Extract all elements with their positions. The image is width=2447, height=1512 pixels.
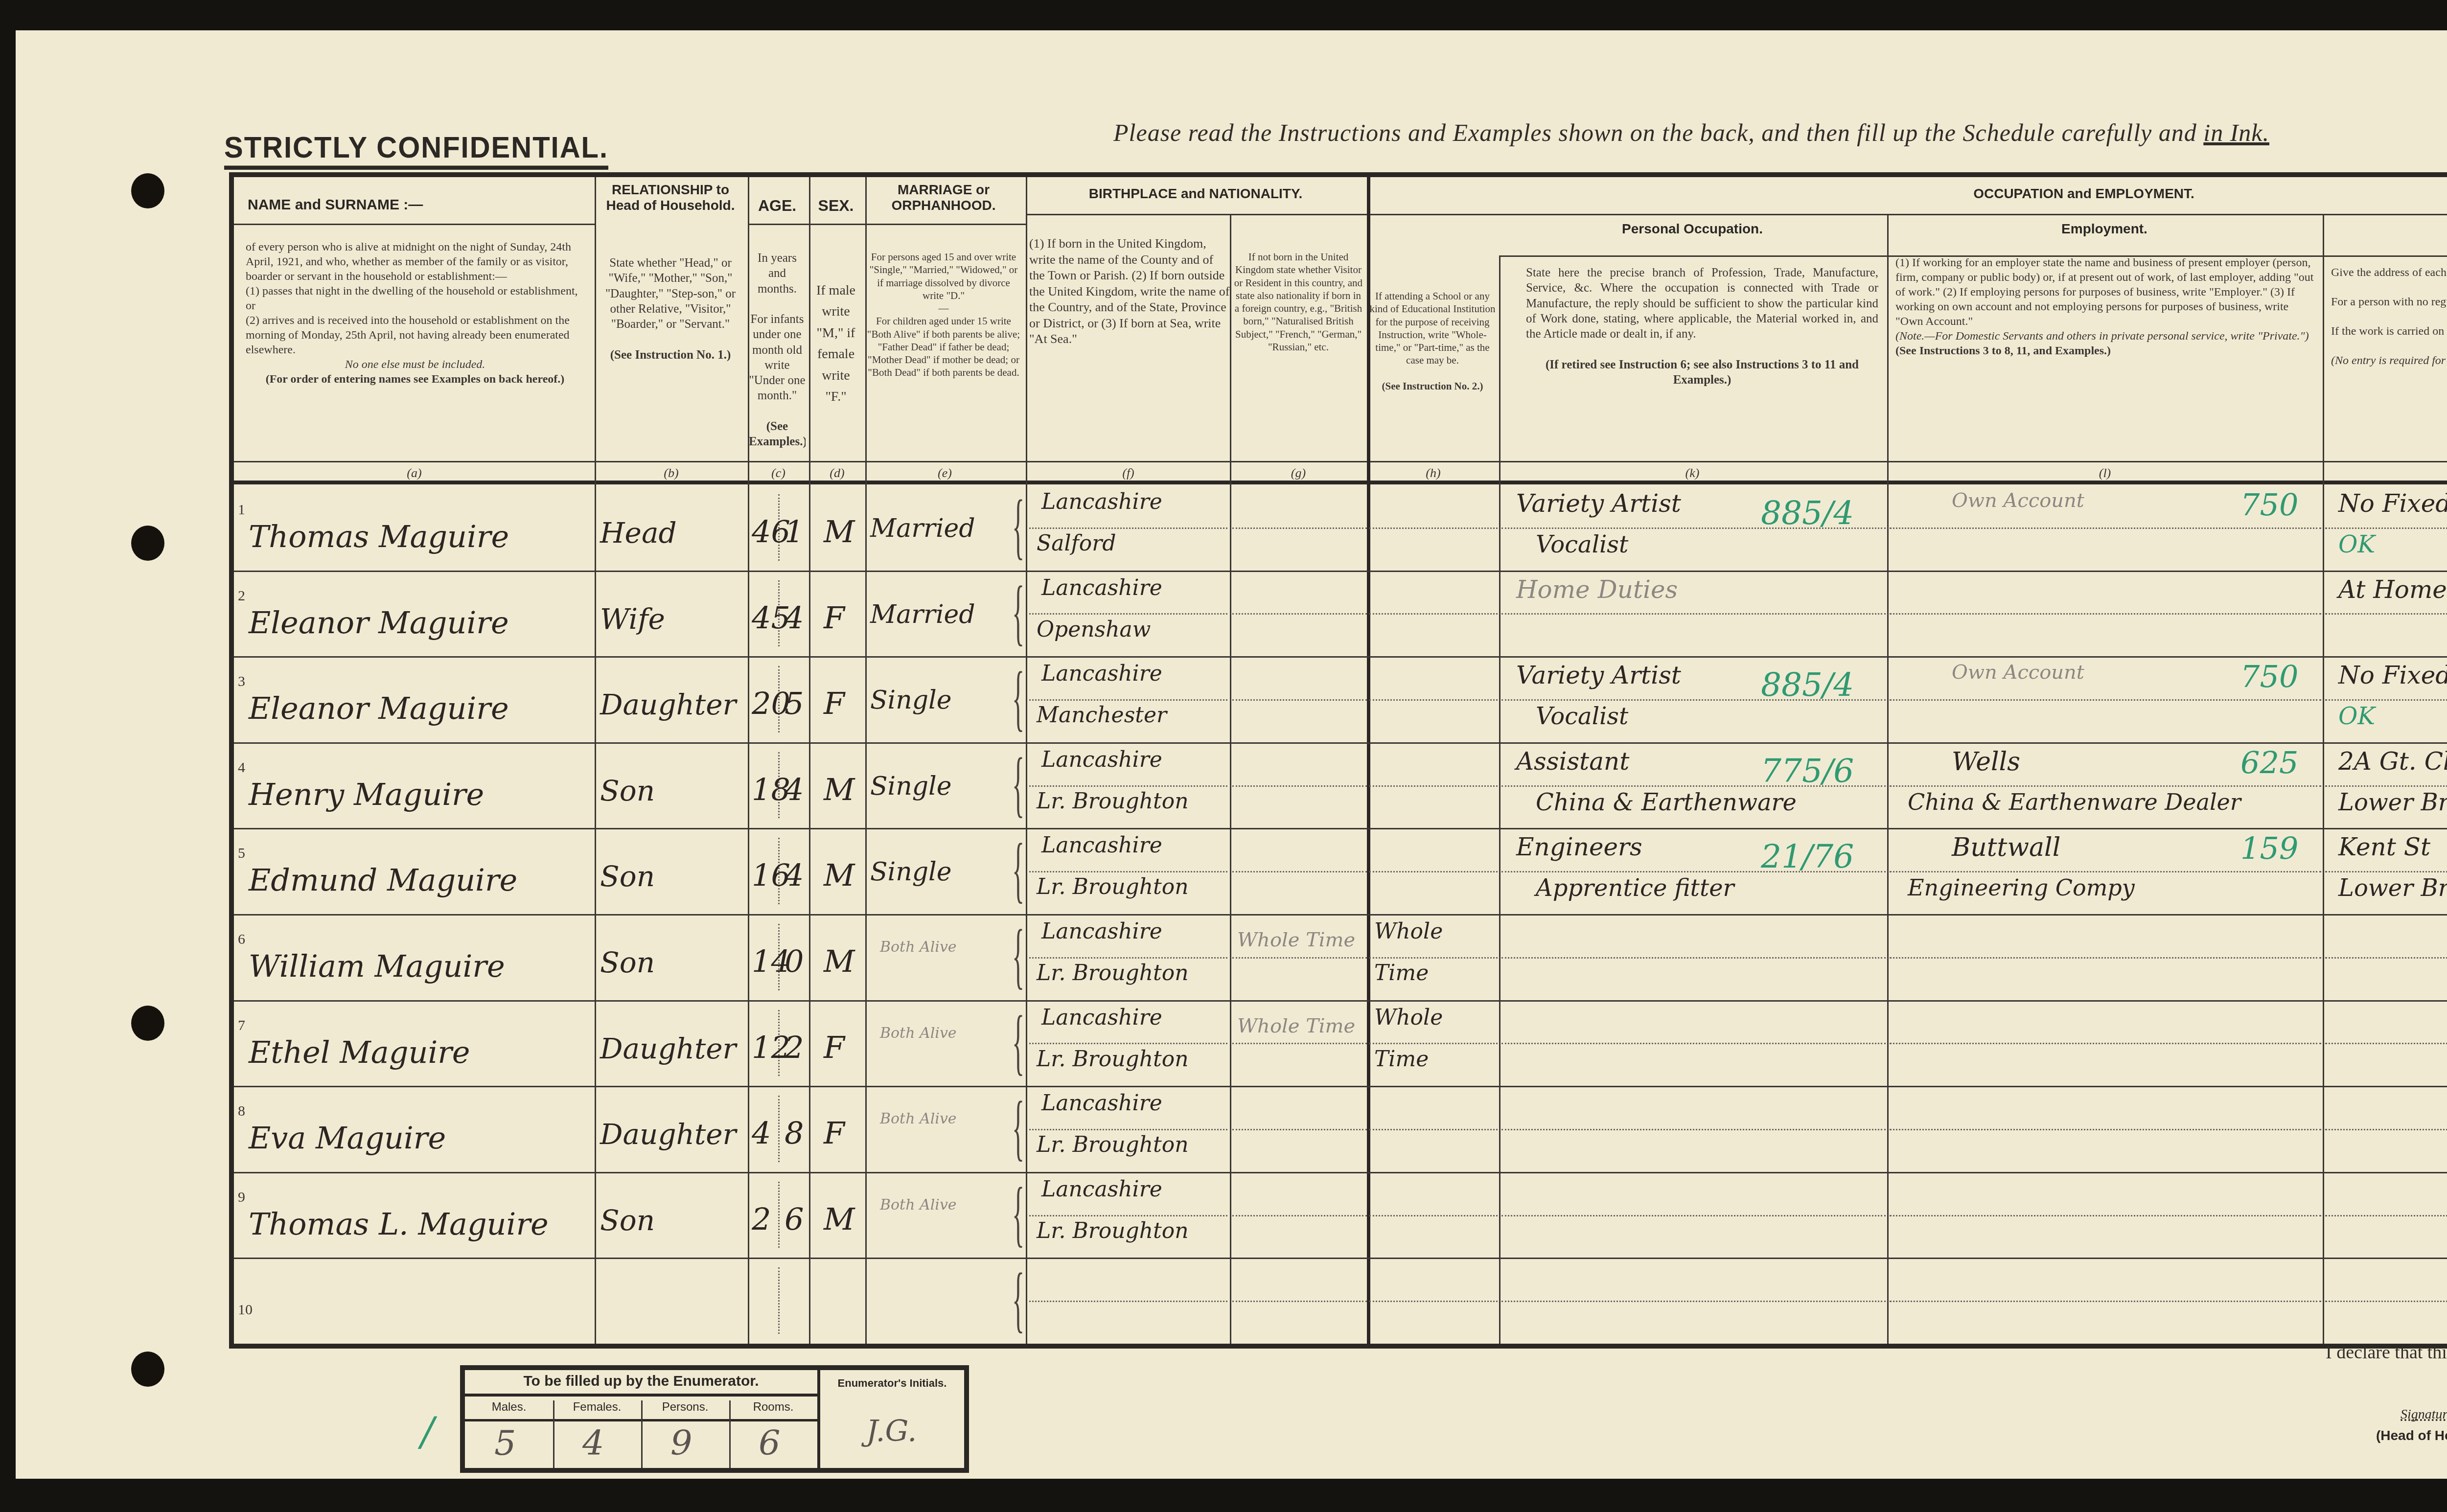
ruled-line xyxy=(1890,1043,2321,1044)
ruled-line xyxy=(1890,785,2321,787)
birth-county-field[interactable]: Lancashire xyxy=(1041,575,1162,600)
row-number: 8 xyxy=(238,1103,245,1120)
relation-field[interactable]: Head xyxy=(600,516,677,550)
col-ref-g: (g) xyxy=(1230,466,1367,481)
occupation-field[interactable]: Engineers xyxy=(1516,833,1642,861)
name-field[interactable]: Ethel Maguire xyxy=(249,1034,470,1070)
ruled-line xyxy=(2325,699,2447,701)
marriage-field[interactable]: Both Alive xyxy=(880,939,957,956)
age-months-field[interactable]: 1 xyxy=(785,514,804,550)
ruled-line xyxy=(1890,1215,2321,1216)
ruled-line xyxy=(1890,699,2321,701)
workplace-field[interactable]: At Home xyxy=(2338,575,2447,604)
ruled-line xyxy=(1890,957,2321,959)
employer-code[interactable]: 625 xyxy=(2240,745,2298,780)
col-h-instructions: If attending a School or any kind of Edu… xyxy=(1368,290,1497,392)
col-ref-f: (f) xyxy=(1027,466,1230,481)
brace-glyph: { xyxy=(1012,489,1024,563)
col-ref-e: (e) xyxy=(865,466,1024,481)
signature-caption: (Head of Household, Manager of Establish… xyxy=(2376,1428,2447,1443)
age-months-field[interactable]: 4 xyxy=(785,600,804,636)
punch-hole xyxy=(131,173,164,208)
occupation-field[interactable]: Variety Artist xyxy=(1516,489,1681,518)
birth-county-field[interactable]: Lancashire xyxy=(1041,489,1162,514)
col-d-instructions: If male write "M," if female write "F." xyxy=(810,280,861,407)
relation-field[interactable]: Daughter xyxy=(600,1118,736,1151)
ruled-line xyxy=(1501,1129,1886,1130)
brace-glyph: { xyxy=(1012,575,1024,649)
name-field[interactable]: Eleanor Maguire xyxy=(249,605,509,641)
row-number: 7 xyxy=(238,1017,245,1034)
brace-glyph: { xyxy=(1012,919,1024,992)
employer-field[interactable]: Own Account xyxy=(1952,661,2084,684)
row-divider xyxy=(234,828,2447,829)
sex-field[interactable]: M xyxy=(824,1201,854,1237)
col-ref-m: (m) xyxy=(2323,466,2447,481)
ruled-line xyxy=(2325,527,2447,529)
ruled-line xyxy=(2325,785,2447,787)
enumerator-summary-box: To be filled up by the Enumerator. Enume… xyxy=(460,1365,969,1473)
col-a-title: NAME and SURNAME :— xyxy=(234,197,591,214)
punch-hole xyxy=(131,526,164,561)
sex-field[interactable]: M xyxy=(824,943,854,979)
relation-field[interactable]: Son xyxy=(600,946,655,979)
ruled-line xyxy=(1890,1129,2321,1130)
table-row: {7Ethel MaguireDaughter122FBoth AliveLan… xyxy=(234,1000,2447,1086)
age-divider xyxy=(778,1267,780,1334)
brace-glyph: { xyxy=(1012,833,1024,906)
brace-glyph: { xyxy=(1012,1262,1024,1336)
enum-value-persons[interactable]: 9 xyxy=(670,1423,693,1463)
ruled-line xyxy=(1029,699,1227,701)
ruled-line xyxy=(1232,527,1367,529)
ruled-line xyxy=(1501,1043,1886,1044)
col-ref-k: (k) xyxy=(1499,466,1886,481)
workplace-field[interactable]: Kent St xyxy=(2338,833,2430,861)
workplace-detail-field[interactable]: Lower Broughton xyxy=(2338,874,2447,902)
ruled-line xyxy=(1369,1215,1498,1216)
ruled-line xyxy=(1029,527,1227,529)
ruled-line xyxy=(1029,871,1227,872)
ruled-line xyxy=(2325,1043,2447,1044)
row-divider xyxy=(234,1258,2447,1259)
row-divider xyxy=(234,742,2447,744)
ruled-line xyxy=(1501,1301,1886,1302)
enum-col-header: Persons. xyxy=(641,1400,729,1414)
name-field[interactable]: Edmund Maguire xyxy=(249,862,517,898)
brace-glyph: { xyxy=(1012,1005,1024,1078)
brace-glyph: { xyxy=(1012,747,1024,821)
brace-glyph: { xyxy=(1012,1177,1024,1250)
employer-field[interactable]: Wells xyxy=(1952,747,2020,777)
ruled-line xyxy=(1369,1043,1498,1044)
ruled-line xyxy=(1232,1043,1367,1044)
occupation-detail-field[interactable]: Vocalist xyxy=(1536,531,1628,558)
occupation-field[interactable]: Assistant xyxy=(1516,747,1629,776)
occupation-detail-field[interactable]: Vocalist xyxy=(1536,703,1628,730)
ruled-line xyxy=(2325,957,2447,959)
ruled-line xyxy=(1890,613,2321,615)
enum-divider xyxy=(641,1419,729,1421)
table-row: {10UnderOneAge last birthday.12345678910… xyxy=(234,1258,2447,1344)
marriage-field[interactable]: Single xyxy=(870,857,951,887)
birth-town-field[interactable]: Lr. Broughton xyxy=(1037,1047,1189,1072)
col-f-instructions: (1) If born in the United Kingdom, write… xyxy=(1029,236,1230,347)
check-mark: / xyxy=(421,1409,434,1455)
col-ref-b: (b) xyxy=(595,466,748,481)
ruled-line xyxy=(2325,871,2447,872)
age-months-field[interactable]: 4 xyxy=(785,772,804,807)
name-field[interactable]: Eva Maguire xyxy=(249,1120,446,1156)
col-c-instructions: In years and months. For infants under o… xyxy=(749,251,806,449)
sex-field[interactable]: M xyxy=(824,514,854,550)
nationality-field-struck[interactable]: Whole Time xyxy=(1237,1015,1355,1037)
birth-town-field[interactable]: Lr. Broughton xyxy=(1037,1218,1189,1243)
enum-value-females[interactable]: 4 xyxy=(582,1423,604,1463)
age-months-field[interactable]: 6 xyxy=(785,1201,804,1237)
occupation-code[interactable]: 21/76 xyxy=(1761,838,1854,875)
age-divider xyxy=(778,1182,780,1248)
occupation-field[interactable]: Variety Artist xyxy=(1516,661,1681,689)
ruled-line xyxy=(1369,699,1498,701)
enum-divider xyxy=(553,1419,641,1421)
ruled-line xyxy=(1369,957,1498,959)
enum-value-rooms[interactable]: 6 xyxy=(759,1423,781,1463)
relation-field[interactable]: Son xyxy=(600,774,655,807)
marriage-field[interactable]: Married xyxy=(870,600,975,629)
workplace-detail-field[interactable]: OK xyxy=(2338,531,2375,558)
col-k-instructions: State here the precise branch of Profess… xyxy=(1526,265,1878,388)
birth-town-field[interactable]: Manchester xyxy=(1037,703,1167,728)
ruled-line xyxy=(1232,1129,1367,1130)
employer-code[interactable]: 750 xyxy=(2240,659,2298,694)
marriage-field[interactable]: Single xyxy=(870,772,951,801)
age-months-field[interactable]: 8 xyxy=(785,1115,804,1151)
row-number: 3 xyxy=(238,673,245,690)
col-e-instructions: For persons aged 15 and over write "Sing… xyxy=(866,251,1021,379)
punch-hole xyxy=(131,1006,164,1041)
page-heading: STRICTLY CONFIDENTIAL. xyxy=(224,130,608,170)
ruled-line xyxy=(2325,1129,2447,1130)
signature-line xyxy=(2401,1419,2447,1421)
school-field[interactable]: Time xyxy=(1374,1047,1429,1072)
birth-town-field[interactable]: Lr. Broughton xyxy=(1037,874,1189,899)
sex-field[interactable]: F xyxy=(824,686,845,721)
row-number: 10 xyxy=(238,1302,253,1318)
col-ref-a: (a) xyxy=(234,466,595,481)
ruled-line xyxy=(2325,613,2447,615)
relation-field[interactable]: Daughter xyxy=(600,1032,736,1065)
ruled-line xyxy=(1369,527,1498,529)
occupation-code[interactable]: 885/4 xyxy=(1761,494,1854,532)
col-ref-c: (c) xyxy=(748,466,809,481)
age-years-field[interactable]: 2 xyxy=(752,1201,771,1237)
household-rows: {1Thomas MaguireHead461MMarriedLancashir… xyxy=(234,484,2447,1344)
birth-town-field[interactable]: Salford xyxy=(1037,531,1116,556)
col-ref-h: (h) xyxy=(1368,466,1498,481)
table-row: {6William MaguireSon140MBoth AliveLancas… xyxy=(234,914,2447,1000)
brace-glyph: { xyxy=(1012,661,1024,734)
enum-value-males[interactable]: 5 xyxy=(494,1423,516,1463)
col-c-title: AGE. xyxy=(748,197,807,215)
sex-field[interactable]: M xyxy=(824,772,854,807)
ruled-line xyxy=(1369,613,1498,615)
ruled-line xyxy=(1029,785,1227,787)
ruled-line xyxy=(1232,1215,1367,1216)
ruled-line xyxy=(1029,1043,1227,1044)
ruled-line xyxy=(1029,957,1227,959)
relation-field[interactable]: Daughter xyxy=(600,688,736,721)
nationality-field-struck[interactable]: Whole Time xyxy=(1237,929,1355,951)
occupation-code[interactable]: 885/4 xyxy=(1761,666,1854,704)
table-row: {1Thomas MaguireHead461MMarriedLancashir… xyxy=(234,484,2447,571)
col-b-title: RELATIONSHIP to Head of Household. xyxy=(595,182,746,213)
col-g-instructions: If not born in the United Kingdom state … xyxy=(1232,251,1364,353)
col-a-instructions: of every person who is alive at midnight… xyxy=(241,240,589,387)
brace-glyph: { xyxy=(1012,1091,1024,1164)
row-divider xyxy=(234,571,2447,572)
enum-sep xyxy=(553,1400,554,1468)
row-number: 5 xyxy=(238,845,245,862)
census-table: NAME and SURNAME :— of every person who … xyxy=(229,172,2447,1349)
col-m-instructions: Give the address of each person's place … xyxy=(2331,265,2447,368)
ruled-line xyxy=(1369,1301,1498,1302)
sex-field[interactable]: M xyxy=(824,857,854,893)
marriage-field[interactable]: Both Alive xyxy=(880,1110,957,1127)
workplace-field[interactable]: No Fixed Place xyxy=(2338,661,2447,689)
col-ref-d: (d) xyxy=(809,466,865,481)
birth-county-field[interactable]: Lancashire xyxy=(1041,1091,1162,1116)
ruled-line xyxy=(1890,527,2321,529)
ruled-line xyxy=(1232,699,1367,701)
workplace-detail-field[interactable]: OK xyxy=(2338,703,2375,730)
marriage-field[interactable]: Married xyxy=(870,514,975,543)
table-row: {9Thomas L. MaguireSon26MBoth AliveLanca… xyxy=(234,1172,2447,1258)
table-row: {2Eleanor MaguireWife454FMarriedLancashi… xyxy=(234,571,2447,657)
employer-field[interactable]: Buttwall xyxy=(1952,833,2060,862)
relation-field[interactable]: Son xyxy=(600,860,655,893)
ruled-line xyxy=(1029,1129,1227,1130)
age-months-field[interactable]: 4 xyxy=(785,857,804,893)
ruled-line xyxy=(1369,785,1498,787)
ruled-line xyxy=(1501,613,1886,615)
table-row: {4Henry MaguireSon184MSingleLancashireLr… xyxy=(234,742,2447,828)
sex-field[interactable]: F xyxy=(824,1030,845,1065)
ruled-line xyxy=(1232,785,1367,787)
ruled-line xyxy=(1890,1301,2321,1302)
birth-county-field[interactable]: Lancashire xyxy=(1041,833,1162,858)
age-months-field[interactable]: 2 xyxy=(785,1030,804,1065)
row-divider xyxy=(234,914,2447,916)
marriage-field[interactable]: Both Alive xyxy=(880,1025,957,1042)
age-years-field[interactable]: 4 xyxy=(752,1115,771,1151)
relation-field[interactable]: Son xyxy=(600,1204,655,1237)
row-divider xyxy=(234,1000,2447,1002)
row-number: 6 xyxy=(238,931,245,948)
birth-town-field[interactable]: Lr. Broughton xyxy=(1037,961,1189,985)
employer-code[interactable]: 750 xyxy=(2240,487,2298,523)
col-b-instructions: State whether "Head," or "Wife," "Mother… xyxy=(597,255,744,363)
name-field[interactable]: Henry Maguire xyxy=(249,777,484,812)
marriage-field[interactable]: Both Alive xyxy=(880,1196,957,1214)
sex-field[interactable]: F xyxy=(824,1115,845,1151)
sex-field[interactable]: F xyxy=(824,600,845,636)
ruled-line xyxy=(1029,1301,1227,1302)
occupation-group-title: OCCUPATION and EMPLOYMENT. xyxy=(1497,186,2447,202)
marriage-field[interactable]: Single xyxy=(870,686,951,715)
enumerator-initials: J.G. xyxy=(866,1414,917,1448)
ruled-line xyxy=(2325,1301,2447,1302)
birthplace-group-title: BIRTHPLACE and NATIONALITY. xyxy=(1027,186,1364,202)
occupation-detail-field[interactable]: Apprentice fitter xyxy=(1536,874,1734,902)
workplace-field[interactable]: No Fixed Place xyxy=(2338,489,2447,518)
row-number: 1 xyxy=(238,502,245,518)
row-number: 4 xyxy=(238,759,245,776)
ruled-line xyxy=(1232,613,1367,615)
birth-town-field[interactable]: Lr. Broughton xyxy=(1037,1132,1189,1157)
birth-county-field[interactable]: Lancashire xyxy=(1041,1005,1162,1030)
enum-col-header: Females. xyxy=(553,1400,641,1414)
school-field[interactable]: Whole xyxy=(1374,1005,1443,1030)
enum-col-header: Rooms. xyxy=(729,1400,817,1414)
employer-field[interactable]: Own Account xyxy=(1952,489,2084,512)
birth-county-field[interactable]: Lancashire xyxy=(1041,747,1162,772)
birth-county-field[interactable]: Lancashire xyxy=(1041,919,1162,944)
workplace-detail-field[interactable]: Lower Broughton xyxy=(2338,789,2447,816)
name-field[interactable]: Thomas L. Maguire xyxy=(249,1206,549,1242)
table-row: {5Edmund MaguireSon164MSingleLancashireL… xyxy=(234,828,2447,914)
ruled-line xyxy=(1029,1215,1227,1216)
punch-hole xyxy=(131,1352,164,1387)
table-row: {8Eva MaguireDaughter48FBoth AliveLancas… xyxy=(234,1086,2447,1172)
col-e-title: MARRIAGE or ORPHANHOOD. xyxy=(865,182,1022,213)
ruled-line xyxy=(1501,1215,1886,1216)
declaration-text: I declare that this Schedule is correctl… xyxy=(2326,1342,2447,1363)
ruled-line xyxy=(1232,1301,1367,1302)
row-divider xyxy=(234,656,2447,658)
ruled-line xyxy=(1369,871,1498,872)
birth-county-field[interactable]: Lancashire xyxy=(1041,661,1162,686)
name-field[interactable]: Eleanor Maguire xyxy=(249,690,509,726)
birth-town-field[interactable]: Lr. Broughton xyxy=(1037,789,1189,814)
row-divider xyxy=(234,1172,2447,1173)
fill-instructions: Please read the Instructions and Example… xyxy=(1113,118,2269,147)
ruled-line xyxy=(1029,613,1227,615)
col-l-title: Employment. xyxy=(1889,221,2320,237)
col-ref-l: (l) xyxy=(1887,466,2323,481)
ruled-line xyxy=(1890,871,2321,872)
row-divider xyxy=(234,1086,2447,1087)
ruled-line xyxy=(2325,1215,2447,1216)
row-number: 9 xyxy=(238,1189,245,1206)
occupation-detail-field[interactable]: China & Earthenware xyxy=(1536,789,1797,816)
table-row: {3Eleanor MaguireDaughter205FSingleLanca… xyxy=(234,656,2447,742)
enum-sep xyxy=(729,1400,731,1468)
enum-divider xyxy=(729,1419,817,1421)
col-m-title: Place of Work. xyxy=(2325,221,2447,237)
school-field[interactable]: Time xyxy=(1374,961,1429,985)
occupation-code[interactable]: 775/6 xyxy=(1761,752,1854,790)
workplace-field[interactable]: 2A Gt. Clowes St xyxy=(2338,747,2447,776)
ruled-line xyxy=(1232,957,1367,959)
age-divider xyxy=(778,1096,780,1162)
enum-sep xyxy=(641,1400,643,1468)
age-months-field[interactable]: 5 xyxy=(785,686,804,721)
birth-county-field[interactable]: Lancashire xyxy=(1041,1177,1162,1202)
employer-detail-field[interactable]: Engineering Compy xyxy=(1908,874,2135,901)
row-number: 2 xyxy=(238,588,245,604)
col-k-title: Personal Occupation. xyxy=(1501,221,1883,237)
age-months-field[interactable]: 0 xyxy=(785,943,804,979)
enum-col-header: Males. xyxy=(465,1400,553,1414)
col-d-title: SEX. xyxy=(809,197,863,215)
occupation-field[interactable]: Home Duties xyxy=(1516,575,1678,604)
ruled-line xyxy=(1369,1129,1498,1130)
col-l-instructions: (1) If working for an employer state the… xyxy=(1895,255,2316,358)
relation-field[interactable]: Wife xyxy=(600,602,665,636)
school-field[interactable]: Whole xyxy=(1374,919,1443,944)
birth-town-field[interactable]: Openshaw xyxy=(1037,617,1151,642)
name-field[interactable]: Thomas Maguire xyxy=(249,519,509,554)
name-field[interactable]: William Maguire xyxy=(249,948,505,984)
enum-divider xyxy=(465,1419,553,1421)
employer-detail-field[interactable]: China & Earthenware Dealer xyxy=(1908,789,2241,815)
ruled-line xyxy=(1232,871,1367,872)
employer-code[interactable]: 159 xyxy=(2240,830,2298,866)
ruled-line xyxy=(1501,957,1886,959)
